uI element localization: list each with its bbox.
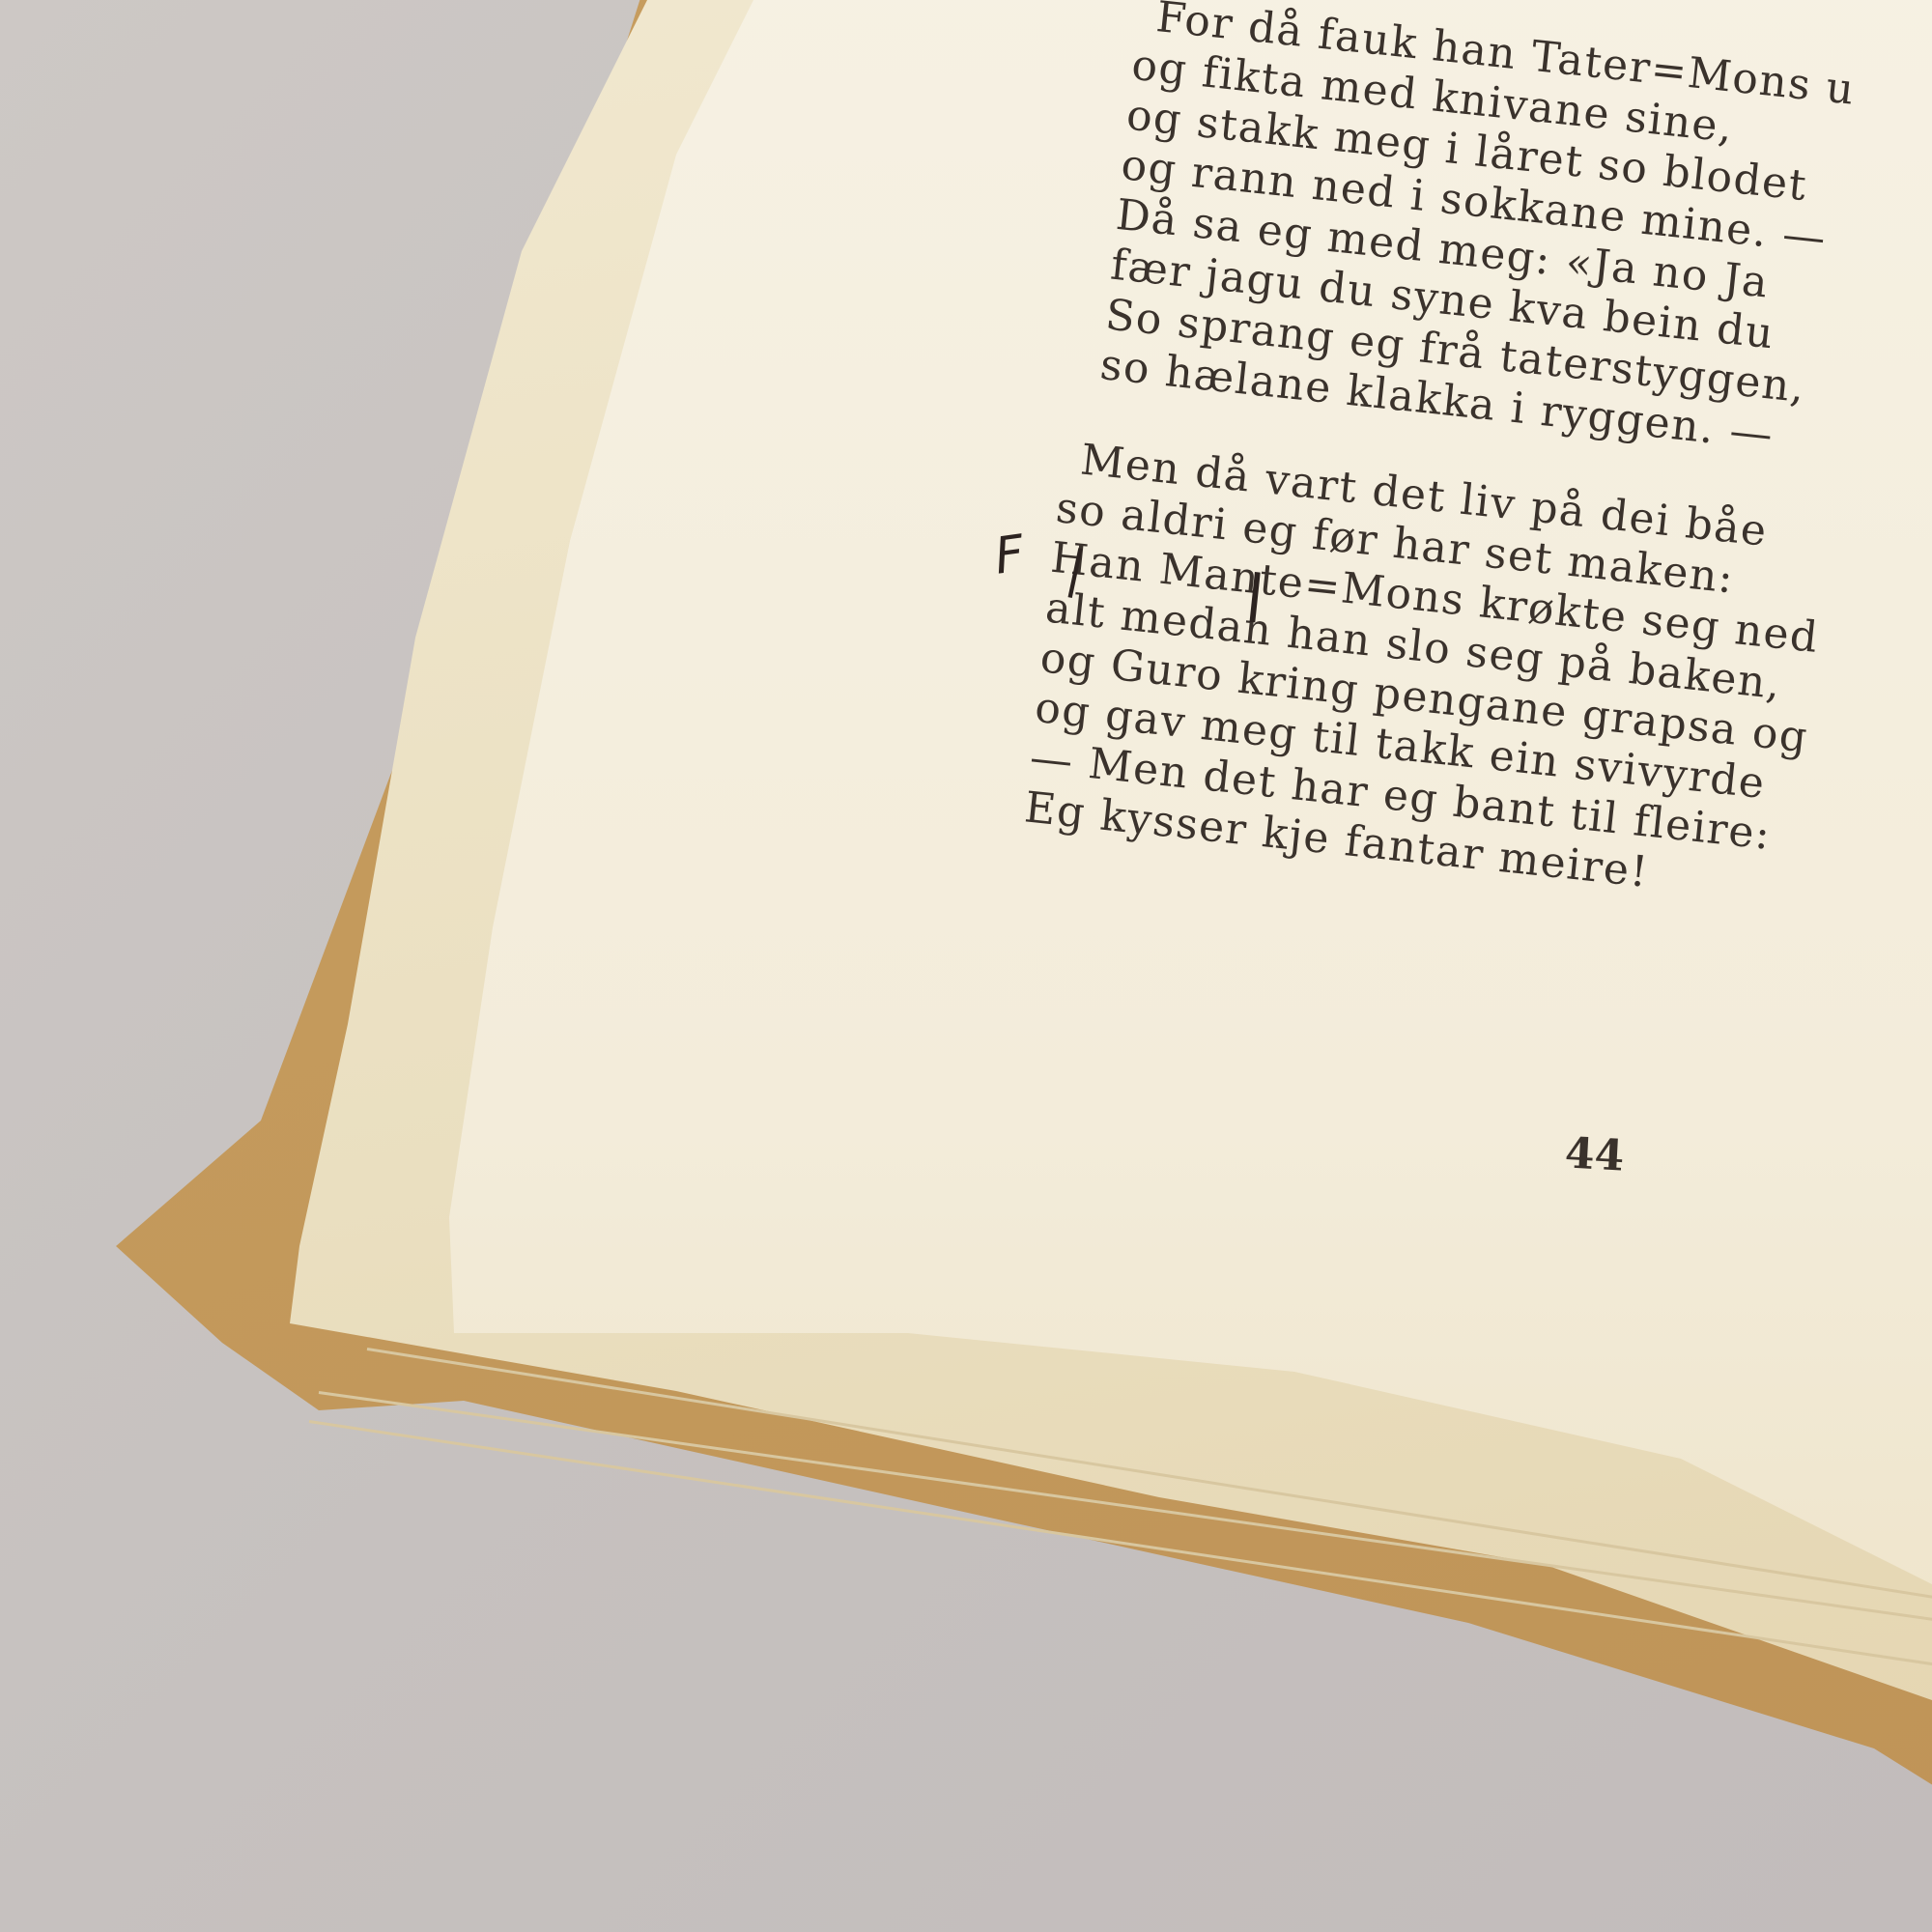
photo-scene: For då fauk han Tater=Mons u og fikta me… — [0, 0, 1932, 1932]
poem-text: For då fauk han Tater=Mons u og fikta me… — [1046, 0, 1932, 1003]
stanza-2: Men då vart det liv på dei båe so aldri … — [1022, 433, 1932, 956]
page-number: 44 — [1564, 1128, 1626, 1180]
stanza-1: For då fauk han Tater=Mons u og fikta me… — [1098, 0, 1932, 511]
